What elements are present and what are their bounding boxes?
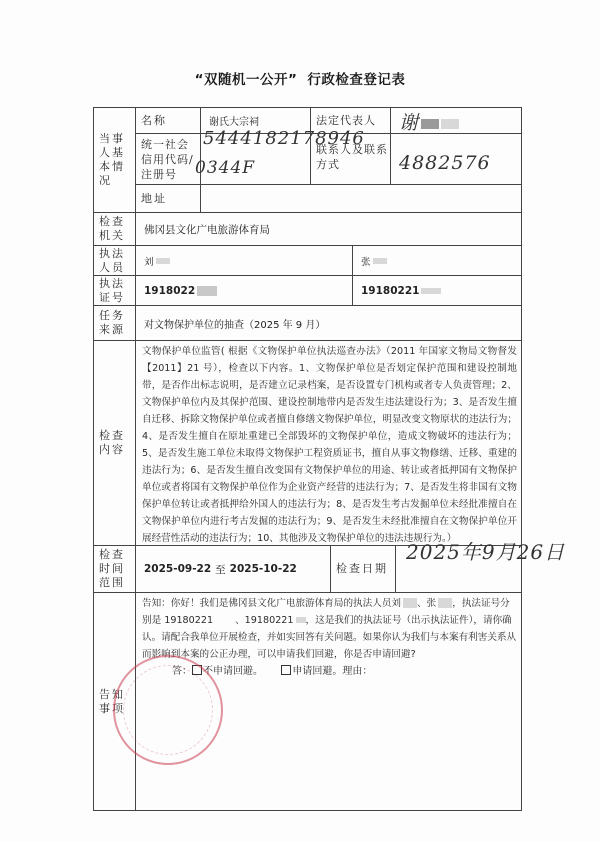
- address-label: 地址: [135, 184, 201, 213]
- notice-text-part: 、19180221: [235, 615, 293, 626]
- officers-label-text: 执法人员: [99, 247, 125, 275]
- notice-value: 告知：你好！我们是佛冈县文化广电旅游体育局的执法人员刘、张，执法证号分别是 19…: [135, 592, 522, 811]
- page-title: “双随机一公开”行政检查登记表: [0, 68, 600, 88]
- notice-label-text: 告知事项: [99, 688, 125, 716]
- legal-rep-signature: 谢: [399, 108, 459, 135]
- title-main: 行政检查登记表: [307, 72, 405, 88]
- checkbox-request-recusal[interactable]: [281, 665, 291, 675]
- content-label: 检查内容: [93, 340, 136, 546]
- officers-label: 执法人员: [93, 245, 136, 276]
- redaction-block: [421, 119, 439, 129]
- title-quoted: “双随机一公开”: [195, 72, 298, 88]
- option-no-recusal: 不申请回避。: [203, 666, 263, 677]
- party-info-label: 当事人基本情况: [93, 107, 136, 213]
- inspection-date-label-text: 检查日期: [336, 562, 388, 576]
- officer1-name: 刘: [144, 254, 154, 268]
- contact-handwriting: 4882576: [399, 152, 491, 174]
- name-label-text: 名称: [141, 114, 167, 128]
- inspection-date-label: 检查日期: [330, 545, 396, 593]
- agency-value-text: 佛冈县文化广电旅游体育局: [144, 222, 270, 237]
- content-value[interactable]: 文物保护单位监管( 根据《文物保护单位执法巡查办法》（2011 年国家文物局文物…: [135, 340, 522, 546]
- task-source-value[interactable]: 对文物保护单位的抽查（2025 年 9 月）: [135, 305, 522, 341]
- notice-text-part: 告知：你好！我们是佛冈县文化广电旅游体育局的执法人员刘: [142, 598, 401, 609]
- option-request-recusal: 申请回避。理由：: [292, 666, 372, 677]
- redaction-block: [438, 598, 452, 608]
- answer-row: 答：不申请回避。 申请回避。理由：: [172, 663, 517, 680]
- cert2-value[interactable]: 19180221: [352, 275, 522, 306]
- contact-label-text: 联系人及联系方式: [316, 143, 388, 171]
- name-value-text: 谢氏大宗祠: [209, 113, 259, 128]
- redaction-block: [156, 258, 170, 264]
- credit-code-value[interactable]: 5444182178946 0344F: [200, 133, 311, 185]
- cert1-value[interactable]: 1918022: [135, 275, 353, 306]
- inspection-date-value[interactable]: 2025年9月26日: [395, 545, 522, 593]
- notice-text: 告知：你好！我们是佛冈县文化广电旅游体育局的执法人员刘、张，执法证号分别是 19…: [136, 593, 521, 680]
- inspection-form-page: “双随机一公开”行政检查登记表 当事人基本情况 名称 谢氏大宗祠 法定代表人 谢…: [0, 0, 600, 842]
- task-source-text: 对文物保护单位的抽查（2025 年 9 月）: [144, 316, 325, 331]
- answer-label: 答：: [172, 666, 192, 677]
- redaction-block: [403, 598, 417, 608]
- cert1-number: 1918022: [144, 285, 195, 297]
- credit-code-label: 统一社会信用代码/注册号: [135, 133, 201, 185]
- period-separator: 至: [215, 562, 226, 577]
- officer2-value[interactable]: 张: [352, 245, 522, 276]
- agency-value[interactable]: 佛冈县文化广电旅游体育局: [135, 212, 522, 246]
- certificates-label: 执法证号: [93, 275, 136, 306]
- redaction-block: [296, 617, 306, 623]
- inspection-date-handwriting: 2025年9月26日: [406, 536, 565, 565]
- agency-label: 检查机关: [93, 212, 136, 246]
- legal-rep-value[interactable]: 谢: [390, 107, 522, 134]
- legal-rep-label-text: 法定代表人: [316, 114, 376, 128]
- cert2-number: 19180221: [361, 285, 419, 297]
- address-value[interactable]: [200, 184, 522, 213]
- credit-code-label-text: 统一社会信用代码/注册号: [141, 138, 194, 181]
- contact-value[interactable]: 4882576: [390, 133, 522, 185]
- agency-label-text: 检查机关: [99, 215, 125, 243]
- name-label: 名称: [135, 107, 201, 134]
- address-label-text: 地址: [141, 192, 167, 206]
- certificates-label-text: 执法证号: [99, 277, 125, 305]
- notice-label: 告知事项: [93, 592, 136, 811]
- period-label-text: 检查时间范围: [99, 548, 125, 590]
- content-text: 文物保护单位监管( 根据《文物保护单位执法巡查办法》（2011 年国家文物局文物…: [136, 341, 521, 547]
- period-value[interactable]: 2025-09-22 至 2025-10-22: [135, 545, 331, 593]
- redaction-block: [373, 258, 387, 264]
- period-end: 2025-10-22: [230, 563, 297, 575]
- notice-text-part: 、张: [417, 598, 436, 609]
- redaction-block: [197, 286, 217, 296]
- officer2-name: 张: [361, 254, 371, 268]
- redaction-block: [441, 119, 459, 129]
- content-label-text: 检查内容: [99, 429, 125, 457]
- task-source-label: 任务来源: [93, 305, 136, 341]
- contact-label: 联系人及联系方式: [310, 133, 391, 185]
- officer1-value[interactable]: 刘: [135, 245, 353, 276]
- period-start: 2025-09-22: [144, 563, 211, 575]
- period-label: 检查时间范围: [93, 545, 136, 593]
- party-info-label-text: 当事人基本情况: [99, 132, 125, 188]
- task-source-label-text: 任务来源: [99, 309, 125, 337]
- checkbox-no-recusal[interactable]: [192, 665, 202, 675]
- credit-code-handwriting-2: 0344F: [195, 158, 255, 178]
- redaction-block: [421, 288, 441, 294]
